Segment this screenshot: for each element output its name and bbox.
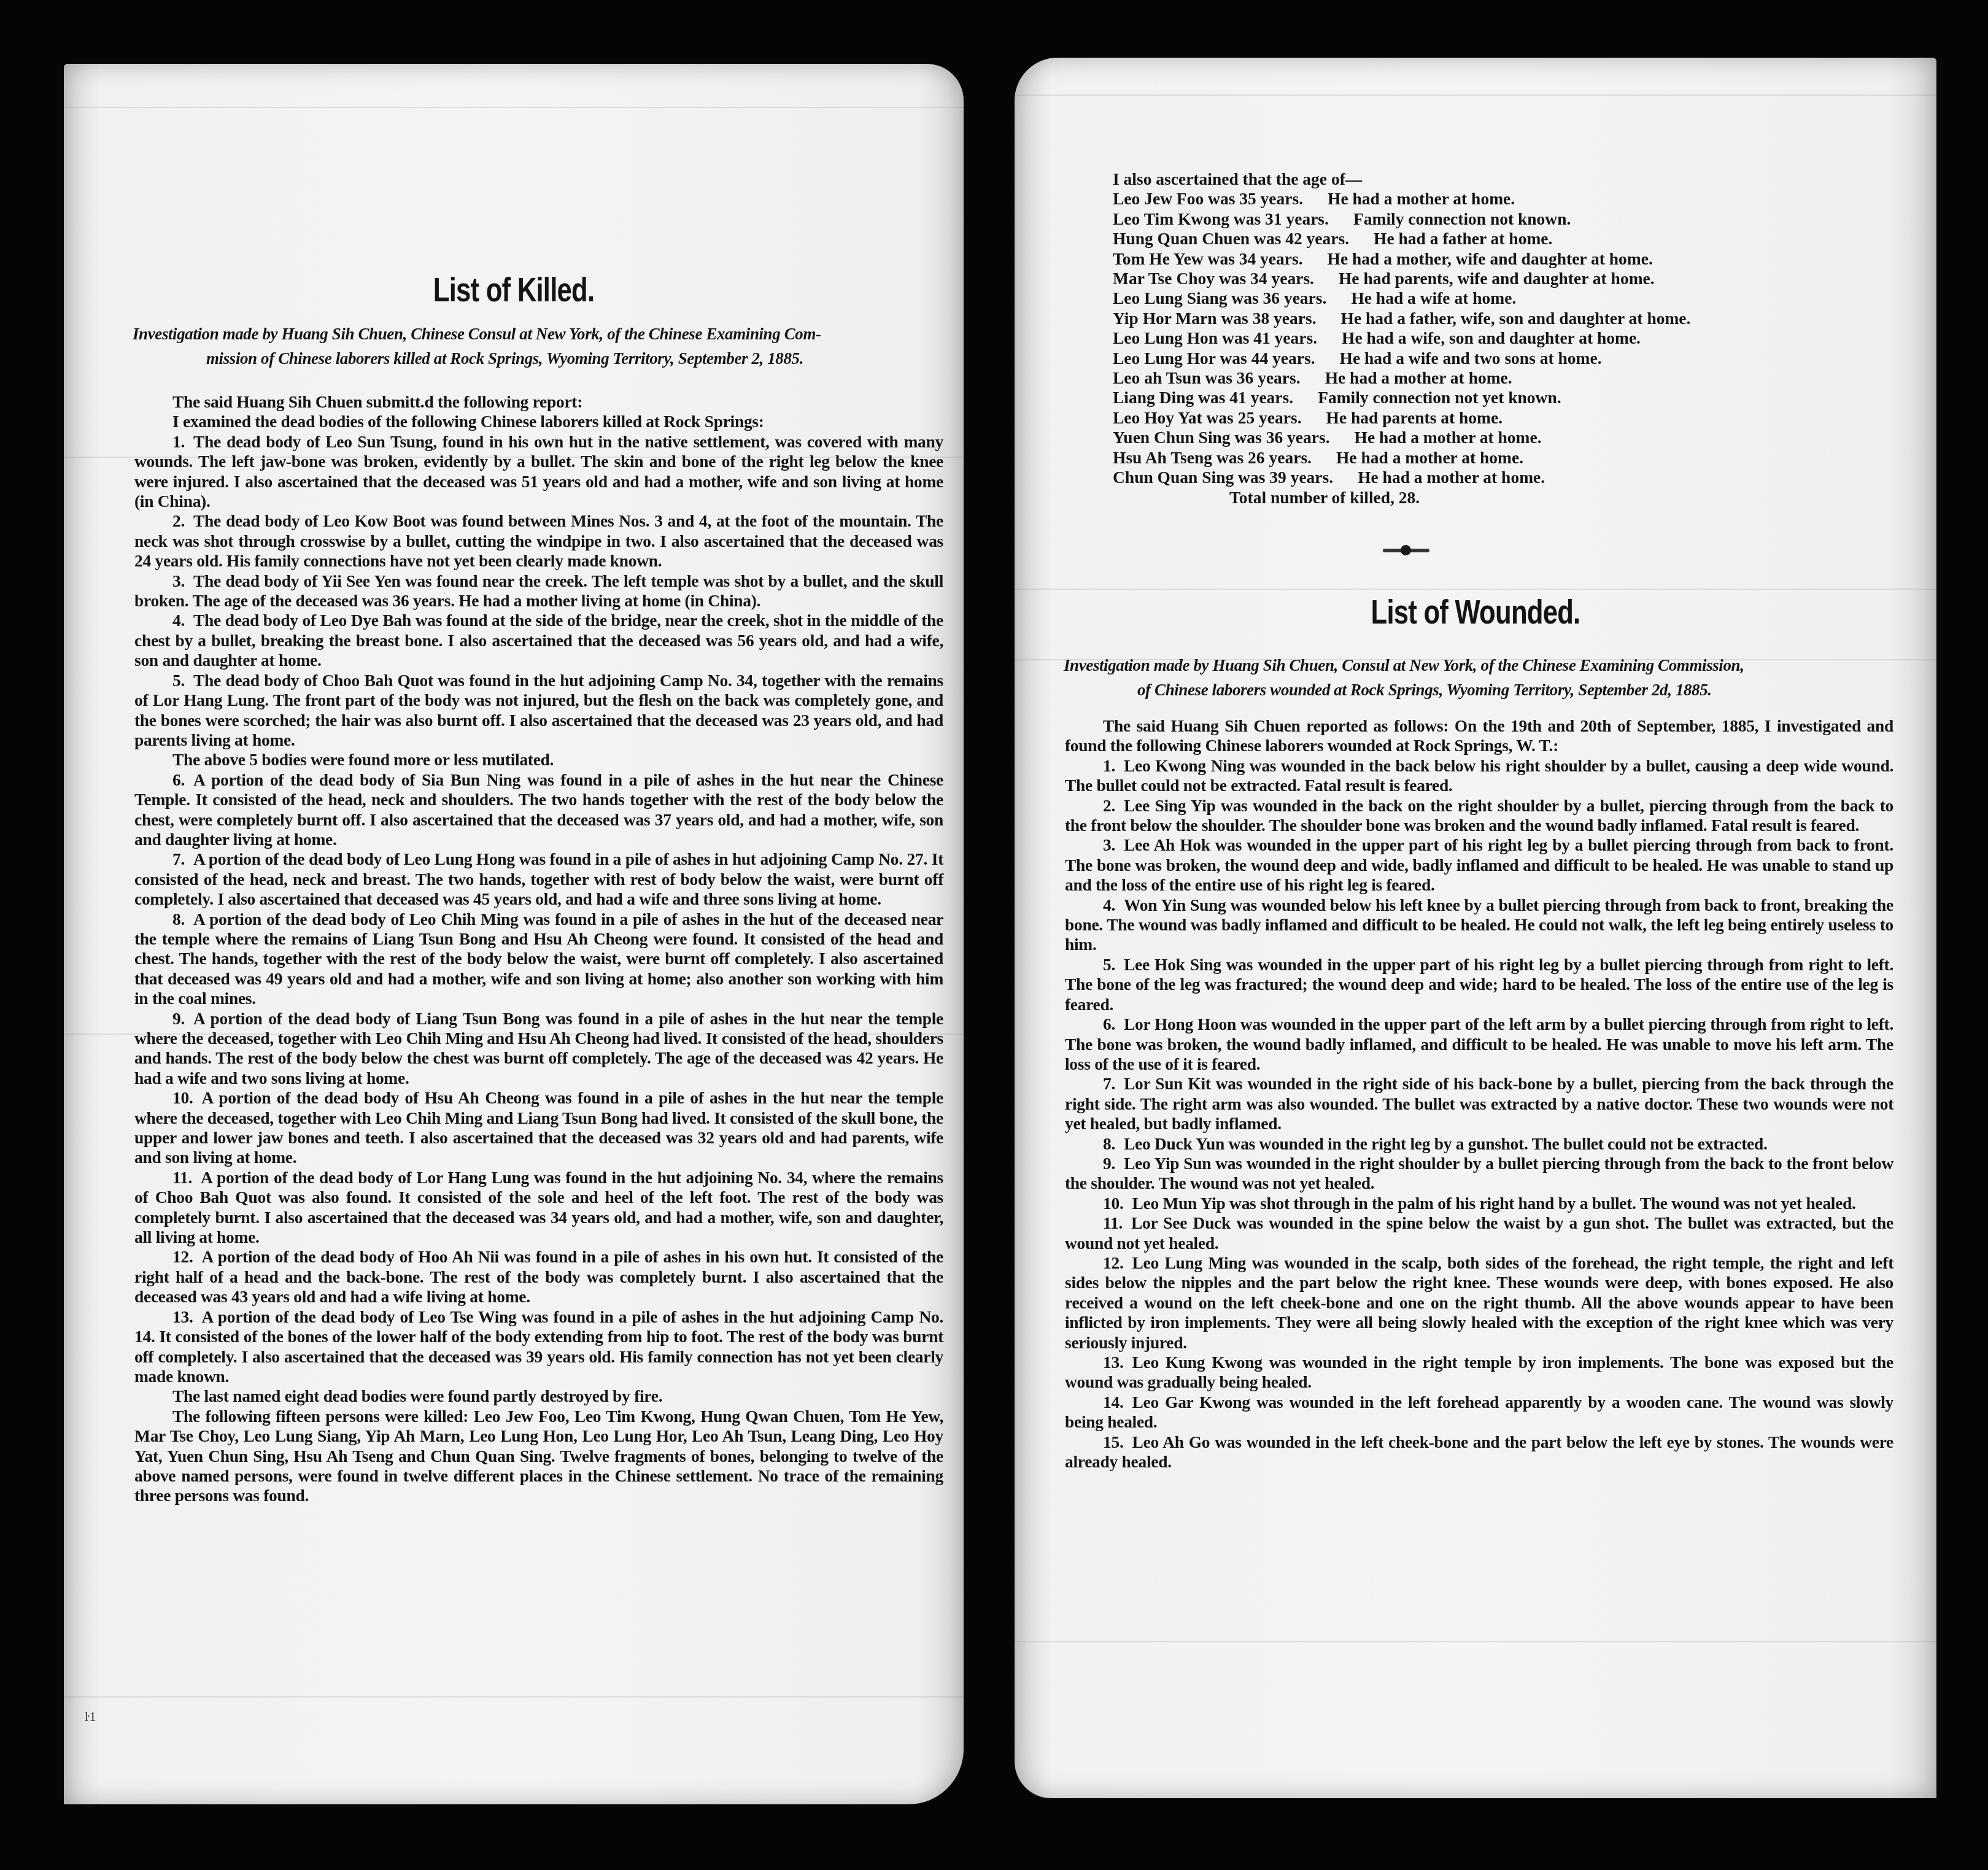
entry-text: Leo Duck Yun was wounded in the right le…: [1124, 1134, 1767, 1153]
entry-text: The last named eight dead bodies were fo…: [172, 1386, 662, 1405]
entry-number: 8.: [1103, 1134, 1115, 1153]
age-row: Leo Lung Siang was 36 years.He had a wif…: [1113, 288, 1898, 308]
entry-number: 9.: [172, 1009, 185, 1028]
list-entry: 15.Leo Ah Go was wounded in the left che…: [1065, 1432, 1893, 1472]
entry-text: The following fifteen persons were kille…: [134, 1407, 943, 1505]
family-status: Family connection not known.: [1353, 209, 1571, 228]
paper-line: [1015, 589, 1936, 590]
killed-report-body: The said Huang Sih Chuen submitt.d the f…: [134, 392, 943, 1506]
entry-number: 13.: [172, 1307, 193, 1326]
age-row: Leo ah Tsun was 36 years.He had a mother…: [1113, 368, 1898, 388]
entry-number: 3.: [172, 571, 185, 590]
person-age: Tom He Yew was 34 years.: [1113, 249, 1303, 269]
list-entry: 2.The dead body of Leo Kow Boot was foun…: [134, 511, 943, 571]
age-row: Mar Tse Choy was 34 years.He had parents…: [1113, 269, 1898, 288]
entry-text: Lee Hok Sing was wounded in the upper pa…: [1065, 955, 1893, 1014]
age-row: Tom He Yew was 34 years.He had a mother,…: [1113, 249, 1898, 269]
list-entry: 2.Lee Sing Yip was wounded in the back o…: [1065, 796, 1893, 836]
entry-number: 4.: [1103, 895, 1115, 914]
age-row: Liang Ding was 41 years.Family connectio…: [1113, 388, 1898, 408]
list-entry: 7.A portion of the dead body of Leo Lung…: [134, 849, 943, 909]
list-entry: The last named eight dead bodies were fo…: [134, 1386, 943, 1406]
family-status: He had a wife and two sons at home.: [1340, 349, 1602, 368]
person-age: Leo Tim Kwong was 31 years.: [1113, 209, 1329, 229]
entry-text: A portion of the dead body of Liang Tsun…: [134, 1009, 943, 1088]
entry-text: A portion of the dead body of Lor Hang L…: [134, 1168, 943, 1246]
entry-text: Lor Hong Hoon was wounded in the upper p…: [1065, 1014, 1893, 1073]
entry-text: Lor Sun Kit was wounded in the right sid…: [1065, 1074, 1893, 1133]
family-status: He had a mother at home.: [1325, 368, 1512, 387]
list-entry: 11.A portion of the dead body of Lor Han…: [134, 1168, 943, 1248]
family-status: He had a mother at home.: [1336, 448, 1523, 467]
age-row: Hung Quan Chuen was 42 years.He had a fa…: [1113, 229, 1898, 249]
entry-text: Lee Ah Hok was wounded in the upper part…: [1065, 835, 1893, 894]
entry-number: 6.: [172, 770, 185, 789]
person-age: Hsu Ah Tseng was 26 years.: [1113, 448, 1312, 468]
wounded-report-body: The said Huang Sih Chuen reported as fol…: [1065, 716, 1893, 1472]
paper-line: [64, 1696, 964, 1698]
entry-number: 12.: [172, 1247, 193, 1266]
entry-text: Leo Mun Yip was shot through in the palm…: [1132, 1194, 1855, 1213]
age-row: Leo Hoy Yat was 25 years.He had parents …: [1113, 408, 1898, 428]
entry-number: 8.: [172, 910, 185, 929]
entry-text: Leo Yip Sun was wounded in the right sho…: [1065, 1154, 1893, 1192]
list-entry: 12.A portion of the dead body of Hoo Ah …: [134, 1247, 943, 1307]
entry-text: Leo Ah Go was wounded in the left cheek-…: [1065, 1432, 1893, 1471]
entry-number: 15.: [1103, 1432, 1123, 1451]
list-entry: The following fifteen persons were kille…: [134, 1407, 943, 1506]
margin-mark: ŀ1: [85, 1709, 96, 1725]
entry-number: 9.: [1103, 1154, 1115, 1173]
entry-text: Lor See Duck was wounded in the spine be…: [1065, 1213, 1893, 1252]
person-age: Yuen Chun Sing was 36 years.: [1113, 428, 1330, 447]
entry-number: 6.: [1103, 1014, 1115, 1034]
entry-number: 5.: [1103, 955, 1115, 974]
wounded-intro: The said Huang Sih Chuen reported as fol…: [1065, 716, 1893, 756]
list-entry: 6.A portion of the dead body of Sia Bun …: [134, 770, 943, 850]
family-status: He had a wife at home.: [1351, 288, 1516, 307]
list-entry: 13.A portion of the dead body of Leo Tse…: [134, 1307, 943, 1387]
person-age: Hung Quan Chuen was 42 years.: [1113, 229, 1349, 249]
entry-text: A portion of the dead body of Leo Chih M…: [134, 910, 943, 1008]
person-age: Leo Jew Foo was 35 years.: [1113, 189, 1303, 209]
entry-number: 10.: [172, 1088, 193, 1107]
person-age: Leo Hoy Yat was 25 years.: [1113, 408, 1302, 428]
entry-number: 4.: [172, 611, 185, 630]
entry-number: 7.: [1103, 1074, 1115, 1093]
killed-subtitle-line1: Investigation made by Huang Sih Chuen, C…: [133, 325, 821, 343]
left-page: List of Killed. Investigation made by Hu…: [64, 64, 964, 1804]
entry-text: Leo Kung Kwong was wounded in the right …: [1065, 1353, 1893, 1391]
entry-text: A portion of the dead body of Leo Tse Wi…: [134, 1307, 943, 1386]
right-page: I also ascertained that the age of— Leo …: [1015, 58, 1936, 1798]
person-age: Leo Lung Hor was 44 years.: [1113, 349, 1315, 368]
book-gutter: [964, 0, 1015, 1870]
entry-text: A portion of the dead body of Hoo Ah Nii…: [134, 1247, 943, 1306]
killed-heading-block: List of Killed.: [64, 269, 964, 309]
person-age: Mar Tse Choy was 34 years.: [1113, 269, 1314, 288]
heading-list-of-killed: List of Killed.: [163, 269, 864, 309]
killed-subtitle: Investigation made by Huang Sih Chuen, C…: [133, 322, 943, 371]
entry-text: Leo Kwong Ning was wounded in the back b…: [1065, 756, 1893, 795]
family-status: He had a mother, wife and daughter at ho…: [1328, 249, 1653, 268]
person-age: Leo ah Tsun was 36 years.: [1113, 368, 1301, 388]
family-status: He had a father at home.: [1374, 229, 1552, 248]
entry-number: 14.: [1103, 1393, 1123, 1412]
list-entry: 5.The dead body of Choo Bah Quot was fou…: [134, 671, 943, 751]
paper-line: [64, 107, 964, 108]
family-status: He had a mother at home.: [1355, 428, 1542, 447]
age-row: Leo Lung Hon was 41 years.He had a wife,…: [1113, 328, 1898, 348]
list-entry: 6.Lor Hong Hoon was wounded in the upper…: [1065, 1014, 1893, 1074]
age-row: Chun Quan Sing was 39 years.He had a mot…: [1113, 468, 1898, 487]
ages-list: I also ascertained that the age of— Leo …: [1113, 169, 1898, 508]
list-entry: 11.Lor See Duck was wounded in the spine…: [1065, 1213, 1893, 1253]
age-row: Yip Hor Marn was 38 years.He had a fathe…: [1113, 309, 1898, 328]
list-entry: The above 5 bodies were found more or le…: [134, 750, 943, 770]
wounded-subtitle: Investigation made by Huang Sih Chuen, C…: [1064, 653, 1898, 702]
killed-subtitle-line2: mission of Chinese laborers killed at Ro…: [133, 346, 943, 371]
age-row: Hsu Ah Tseng was 26 years.He had a mothe…: [1113, 448, 1898, 468]
entry-number: 11.: [172, 1168, 192, 1187]
entry-text: The dead body of Leo Kow Boot was found …: [134, 511, 943, 570]
family-status: He had a mother at home.: [1328, 189, 1515, 208]
age-row: Leo Tim Kwong was 31 years.Family connec…: [1113, 209, 1898, 229]
entry-number: 10.: [1103, 1194, 1123, 1213]
person-age: Yip Hor Marn was 38 years.: [1113, 309, 1317, 328]
family-status: He had parents, wife and daughter at hom…: [1339, 269, 1655, 288]
entry-text: The above 5 bodies were found more or le…: [172, 750, 554, 769]
list-entry: 9.Leo Yip Sun was wounded in the right s…: [1065, 1154, 1893, 1194]
list-entry: 5.Lee Hok Sing was wounded in the upper …: [1065, 955, 1893, 1014]
entry-number: 13.: [1103, 1353, 1123, 1372]
family-status: Family connection not yet known.: [1318, 388, 1561, 407]
person-age: Leo Lung Hon was 41 years.: [1113, 328, 1317, 348]
entry-number: 1.: [172, 432, 185, 451]
report-intro-2: I examined the dead bodies of the follow…: [134, 412, 943, 431]
entry-number: 12.: [1103, 1253, 1123, 1272]
entry-number: 3.: [1103, 835, 1115, 854]
list-entry: 10.A portion of the dead body of Hsu Ah …: [134, 1088, 943, 1168]
entry-text: The dead body of Choo Bah Quot was found…: [134, 671, 943, 749]
entry-number: 2.: [1103, 796, 1115, 815]
person-age: Leo Lung Siang was 36 years.: [1113, 288, 1326, 308]
ages-intro: I also ascertained that the age of—: [1113, 169, 1898, 189]
paper-line: [1015, 1641, 1936, 1642]
list-entry: 4.Won Yin Sung was wounded below his lef…: [1065, 895, 1893, 955]
list-entry: 13.Leo Kung Kwong was wounded in the rig…: [1065, 1353, 1893, 1393]
age-row: Leo Jew Foo was 35 years.He had a mother…: [1113, 189, 1898, 209]
list-entry: 7.Lor Sun Kit was wounded in the right s…: [1065, 1074, 1893, 1134]
list-entry: 4.The dead body of Leo Dye Bah was found…: [134, 611, 943, 670]
list-entry: 1.Leo Kwong Ning was wounded in the back…: [1065, 756, 1893, 796]
total-killed: Total number of killed, 28.: [1113, 488, 1898, 508]
entry-text: The dead body of Leo Dye Bah was found a…: [134, 611, 943, 670]
list-entry: 3.The dead body of Yii See Yen was found…: [134, 571, 943, 611]
entry-text: The dead body of Leo Sun Tsung, found in…: [134, 432, 943, 511]
entry-text: Lee Sing Yip was wounded in the back on …: [1065, 796, 1893, 835]
entry-text: A portion of the dead body of Leo Lung H…: [134, 849, 943, 908]
family-status: He had parents at home.: [1326, 408, 1503, 427]
heading-list-of-wounded: List of Wounded.: [1116, 592, 1835, 632]
list-entry: 8.A portion of the dead body of Leo Chih…: [134, 910, 943, 1009]
entry-text: Leo Lung Ming was wounded in the scalp, …: [1065, 1253, 1893, 1352]
list-entry: 12.Leo Lung Ming was wounded in the scal…: [1065, 1253, 1893, 1353]
entry-number: 7.: [172, 849, 185, 868]
list-entry: 3.Lee Ah Hok was wounded in the upper pa…: [1065, 835, 1893, 895]
list-entry: 8.Leo Duck Yun was wounded in the right …: [1065, 1134, 1893, 1154]
list-entry: 14.Leo Gar Kwong was wounded in the left…: [1065, 1393, 1893, 1432]
age-row: Yuen Chun Sing was 36 years.He had a mot…: [1113, 428, 1898, 447]
list-entry: 10.Leo Mun Yip was shot through in the p…: [1065, 1194, 1893, 1213]
entry-text: Won Yin Sung was wounded below his left …: [1065, 895, 1893, 954]
person-age: Liang Ding was 41 years.: [1113, 388, 1293, 408]
wounded-subtitle-line2: of Chinese laborers wounded at Rock Spri…: [1064, 678, 1898, 702]
age-row: Leo Lung Hor was 44 years.He had a wife …: [1113, 349, 1898, 368]
entry-text: A portion of the dead body of Sia Bun Ni…: [134, 770, 943, 849]
entry-number: 5.: [172, 671, 185, 690]
entry-text: Leo Gar Kwong was wounded in the left fo…: [1065, 1393, 1893, 1431]
wounded-subtitle-line1: Investigation made by Huang Sih Chuen, C…: [1064, 656, 1744, 674]
list-entry: 9.A portion of the dead body of Liang Ts…: [134, 1009, 943, 1089]
report-intro: The said Huang Sih Chuen submitt.d the f…: [134, 392, 943, 412]
family-status: He had a father, wife, son and daughter …: [1341, 309, 1691, 328]
entry-number: 11.: [1103, 1213, 1123, 1232]
person-age: Chun Quan Sing was 39 years.: [1113, 468, 1333, 487]
wounded-heading-block: List of Wounded.: [1015, 592, 1936, 632]
family-status: He had a mother at home.: [1358, 468, 1545, 487]
entry-number: 2.: [172, 511, 185, 530]
paper-line: [1015, 95, 1936, 96]
entry-number: 1.: [1103, 756, 1115, 775]
family-status: He had a wife, son and daughter at home.: [1342, 328, 1641, 347]
section-divider-ornament: [1383, 549, 1429, 552]
entry-text: A portion of the dead body of Hsu Ah Che…: [134, 1088, 943, 1167]
list-entry: 1.The dead body of Leo Sun Tsung, found …: [134, 432, 943, 512]
entry-text: The dead body of Yii See Yen was found n…: [134, 571, 943, 610]
